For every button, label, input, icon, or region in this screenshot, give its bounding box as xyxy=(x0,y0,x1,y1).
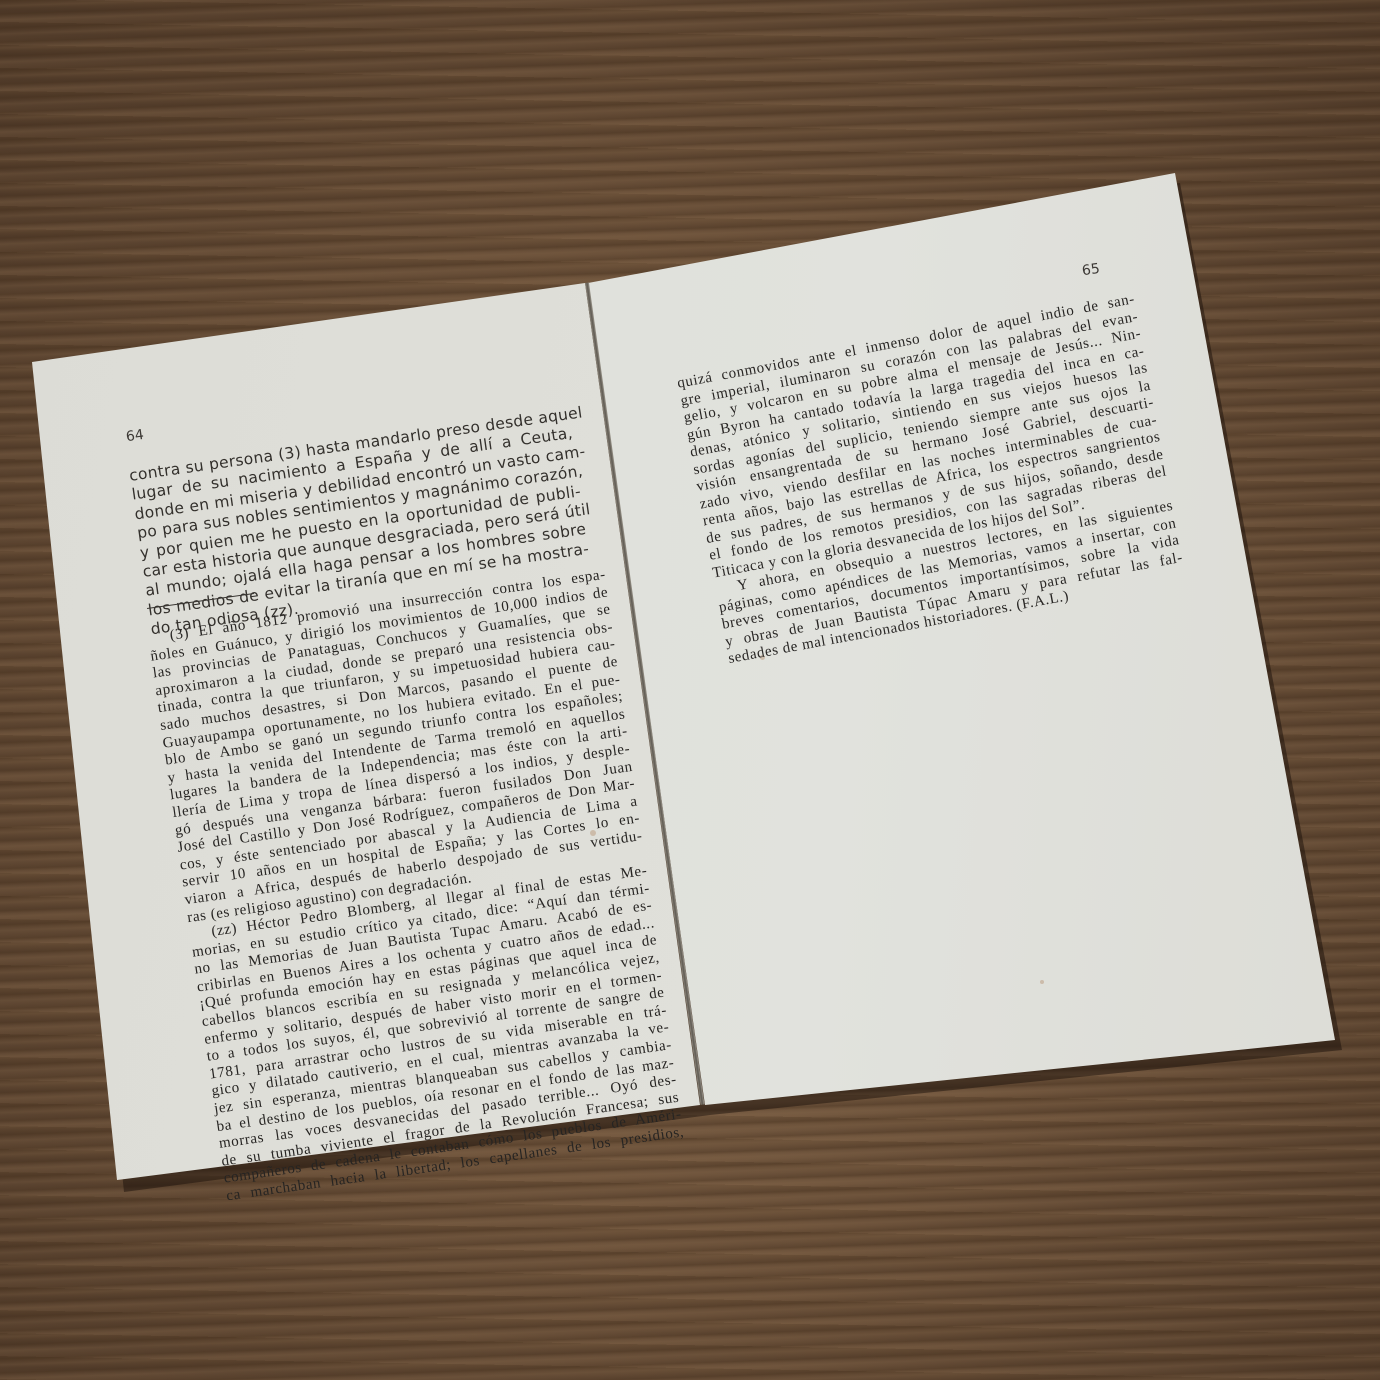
left-footnotes: (3) El año 1812 promovió una insurrecció… xyxy=(147,567,685,1206)
page-number-left: 64 xyxy=(125,427,145,445)
page-number-right: 65 xyxy=(1081,261,1101,279)
paper-stain xyxy=(1040,980,1044,984)
